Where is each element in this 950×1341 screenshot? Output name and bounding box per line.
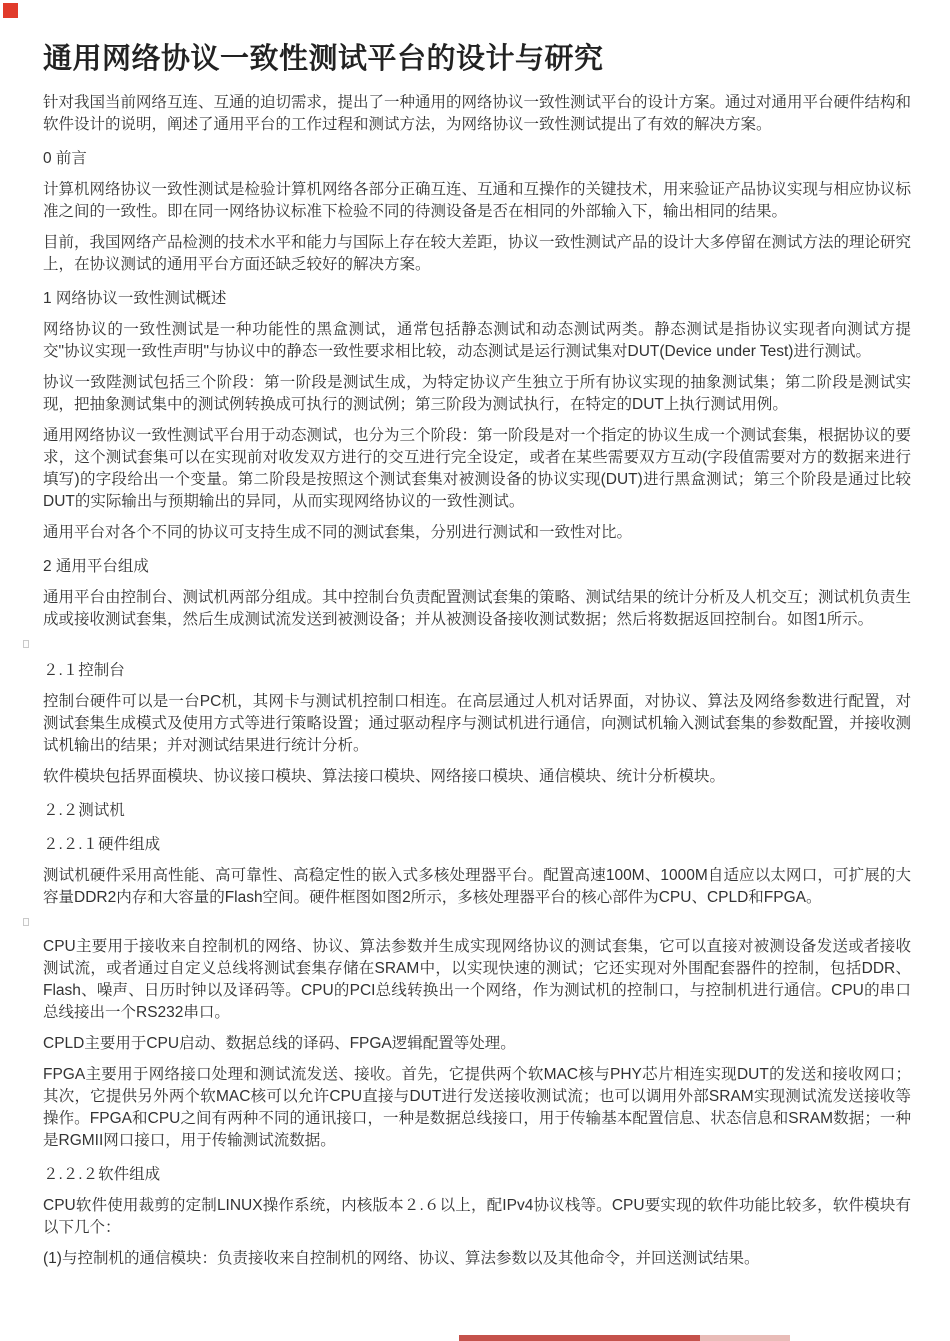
broken-image-placeholder-figure1 xyxy=(23,640,29,648)
paragraph: 控制台硬件可以是一台PC机，其网卡与测试机控制口相连。在高层通过人机对话界面，对… xyxy=(43,691,911,757)
heading-2-platform: 2 通用平台组成 xyxy=(43,556,911,578)
abstract-paragraph: 针对我国当前网络互连、互通的迫切需求，提出了一种通用的网络协议一致性测试平台的设… xyxy=(43,92,911,136)
paragraph: 通用平台由控制台、测试机两部分组成。其中控制台负责配置测试套集的策略、测试结果的… xyxy=(43,587,911,631)
cutoff-banner-strip xyxy=(459,1335,790,1341)
paragraph: 网络协议的一致性测试是一种功能性的黑盒测试，通常包括静态测试和动态测试两类。静态… xyxy=(43,319,911,363)
paragraph: 协议一致陛测试包括三个阶段：第一阶段是测试生成，为特定协议产生独立于所有协议实现… xyxy=(43,372,911,416)
paragraph: 通用平台对各个不同的协议可支持生成不同的测试套集，分别进行测试和一致性对比。 xyxy=(43,522,911,544)
paragraph: 目前，我国网络产品检测的技术水平和能力与国际上存在较大差距，协议一致性测试产品的… xyxy=(43,232,911,276)
paragraph: 软件模块包括界面模块、协议接口模块、算法接口模块、网络接口模块、通信模块、统计分… xyxy=(43,766,911,788)
cutoff-banner-light-segment xyxy=(700,1335,790,1341)
paragraph: FPGA主要用于网络接口处理和测试流发送、接收。首先，它提供两个软MAC核与PH… xyxy=(43,1064,911,1152)
article: 通用网络协议一致性测试平台的设计与研究 针对我国当前网络互连、互通的迫切需求，提… xyxy=(0,42,950,1270)
paragraph: CPU主要用于接收来自控制机的网络、协议、算法参数并生成实现网络协议的测试套集，… xyxy=(43,936,911,1024)
paragraph: CPU软件使用裁剪的定制LINUX操作系统，内核版本２.６以上，配IPv4协议栈… xyxy=(43,1195,911,1239)
heading-0-preface: 0 前言 xyxy=(43,148,911,170)
article-title: 通用网络协议一致性测试平台的设计与研究 xyxy=(43,42,911,76)
paragraph: 测试机硬件采用高性能、高可靠性、高稳定性的嵌入式多核处理器平台。配置高速100M… xyxy=(43,865,911,909)
heading-2-1-console: ２.１控制台 xyxy=(43,660,911,682)
cutoff-banner-dark-segment xyxy=(459,1335,700,1341)
broken-image-placeholder-figure2 xyxy=(23,918,29,926)
paragraph: 通用网络协议一致性测试平台用于动态测试，也分为三个阶段：第一阶段是对一个指定的协… xyxy=(43,425,911,513)
heading-2-2-2-software: ２.２.２软件组成 xyxy=(43,1164,911,1186)
paragraph: (1)与控制机的通信模块：负责接收来自控制机的网络、协议、算法参数以及其他命令，… xyxy=(43,1248,911,1270)
heading-2-2-1-hardware: ２.２.１硬件组成 xyxy=(43,834,911,856)
paragraph: CPLD主要用于CPU启动、数据总线的译码、FPGA逻辑配置等处理。 xyxy=(43,1033,911,1055)
heading-1-overview: 1 网络协议一致性测试概述 xyxy=(43,288,911,310)
red-corner-marker xyxy=(3,3,18,18)
heading-2-2-tester: ２.２测试机 xyxy=(43,800,911,822)
paragraph: 计算机网络协议一致性测试是检验计算机网络各部分正确互连、互通和互操作的关键技术，… xyxy=(43,179,911,223)
